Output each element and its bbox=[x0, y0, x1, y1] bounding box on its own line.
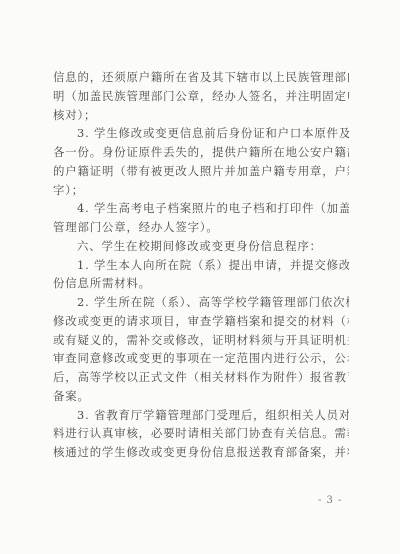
section-heading: 六、学生在校期间修改或变更身份信息程序： bbox=[53, 237, 349, 256]
page-number: - 3 - bbox=[318, 495, 342, 506]
text-line: 或有疑义的，需补交或修改，证明材料须与开具证明机关核实）， bbox=[53, 331, 349, 350]
text-line: 明（加盖民族管理部门公章，经办人签名，并注明固定电话以便 bbox=[53, 87, 349, 106]
text-line: 修改或变更的请求项目，审查学籍档案和提交的材料（材料不全 bbox=[53, 312, 349, 331]
text-line: 备案。 bbox=[53, 387, 349, 406]
text-line: 2. 学生所在院（系）、高等学校学籍管理部门依次根据申请 bbox=[53, 293, 349, 312]
text-line: 核通过的学生修改或变更身份信息报送教育部备案，并将相关结 bbox=[53, 443, 349, 462]
text-line: 后，高等学校以正式文件（相关材料作为附件）报省教育厅审核 bbox=[53, 368, 349, 387]
text-line: 料进行认真审核，必要时请相关部门协查有关信息。需教育部审 bbox=[53, 424, 349, 443]
text-line: 1. 学生本人向所在院（系）提出申请，并提交修改或变更身 bbox=[53, 256, 349, 275]
document-page: 信息的，还须原户籍所在省及其下辖市以上民族管理部门开具证 明（加盖民族管理部门公… bbox=[0, 0, 400, 554]
text-line: 份信息所需材料。 bbox=[53, 274, 349, 293]
text-line: 管理部门公章，经办人签字）。 bbox=[53, 218, 349, 237]
text-line: 3. 学生修改或变更信息前后身份证和户口本原件及复印件 bbox=[53, 124, 349, 143]
document-body: 信息的，还须原户籍所在省及其下辖市以上民族管理部门开具证 明（加盖民族管理部门公… bbox=[53, 68, 349, 462]
text-line: 的户籍证明（带有被更改人照片并加盖户籍专用章，户籍民警签 bbox=[53, 162, 349, 181]
text-line: 3. 省教育厅学籍管理部门受理后，组织相关人员对报送的材 bbox=[53, 406, 349, 425]
text-line: 4. 学生高考电子档案照片的电子档和打印件（加盖学校学籍 bbox=[53, 199, 349, 218]
text-line: 信息的，还须原户籍所在省及其下辖市以上民族管理部门开具证 bbox=[53, 68, 349, 87]
text-line: 各一份。身份证原件丢失的，提供户籍所在地公安户籍部门出具 bbox=[53, 143, 349, 162]
text-line: 审查同意修改或变更的事项在一定范围内进行公示，公示无异议 bbox=[53, 349, 349, 368]
text-line: 字）； bbox=[53, 181, 349, 200]
text-line: 核对）； bbox=[53, 106, 349, 125]
